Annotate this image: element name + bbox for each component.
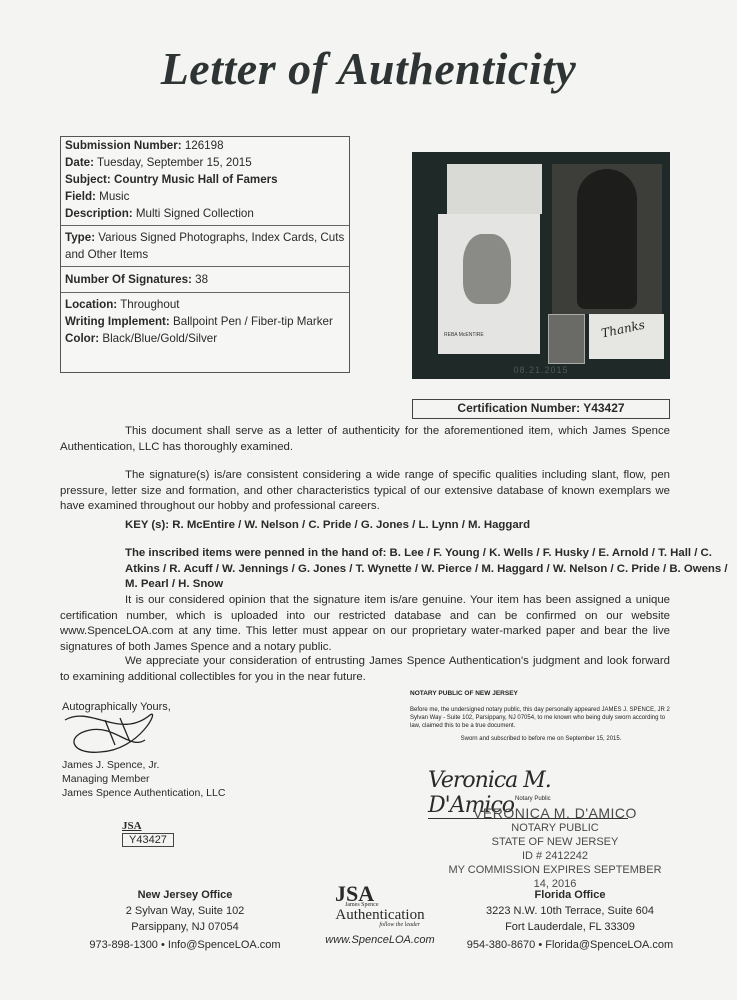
sticker-number: Y43427	[122, 833, 174, 847]
signed-photo-large	[552, 164, 662, 314]
item-photograph: REBA McENTIRE Thanks 08.21.2015	[412, 152, 670, 379]
description-label: Description:	[65, 207, 133, 220]
signer-name: James J. Spence, Jr.	[62, 758, 225, 772]
seal-name: VERONICA M. D'AMICO	[440, 805, 670, 821]
subject-label: Subject:	[65, 173, 111, 186]
color-value: Black/Blue/Gold/Silver	[102, 332, 217, 345]
nj-office-name: New Jersey Office	[80, 887, 290, 903]
nj-contact: 973-898-1300 • Info@SpenceLOA.com	[80, 937, 290, 953]
location-label: Location:	[65, 298, 117, 311]
signed-photo-reba: REBA McENTIRE	[438, 214, 540, 354]
signer-company: James Spence Authentication, LLC	[62, 786, 225, 800]
signed-photo-top	[447, 164, 542, 214]
notary-heading: NOTARY PUBLIC OF NEW JERSEY	[410, 690, 672, 698]
inscribed-signatures: The inscribed items were penned in the h…	[60, 546, 735, 593]
date-value: Tuesday, September 15, 2015	[97, 156, 252, 169]
photo-date-stamp: 08.21.2015	[412, 365, 670, 375]
document-title: Letter of Authenticity	[0, 42, 737, 95]
type-label: Type:	[65, 231, 95, 244]
nj-office: New Jersey Office 2 Sylvan Way, Suite 10…	[80, 887, 290, 953]
fl-address-line2: Fort Lauderdale, FL 33309	[455, 919, 685, 935]
paragraph-appreciation: We appreciate your consideration of entr…	[60, 654, 670, 685]
nj-address-line1: 2 Sylvan Way, Suite 102	[80, 903, 290, 919]
submission-details-box: Submission Number: 126198 Date: Tuesday,…	[60, 136, 350, 373]
key-signatures: KEY (s): R. McEntire / W. Nelson / C. Pr…	[60, 518, 735, 534]
card-signature: Thanks	[600, 318, 646, 341]
logo-authentication: Authentication	[325, 908, 435, 922]
description-value: Multi Signed Collection	[136, 207, 254, 220]
type-value: Various Signed Photographs, Index Cards,…	[65, 231, 344, 261]
signer-block: James J. Spence, Jr. Managing Member Jam…	[62, 758, 225, 800]
nj-address-line2: Parsippany, NJ 07054	[80, 919, 290, 935]
paragraph-opinion: It is our considered opinion that the si…	[60, 593, 670, 655]
website-link[interactable]: www.SpenceLOA.com	[325, 934, 435, 946]
jsa-logo: JSA James Spence Authentication follow t…	[325, 884, 435, 946]
location-value: Throughout	[120, 298, 179, 311]
fl-contact: 954-380-8670 • Florida@SpenceLOA.com	[455, 937, 685, 953]
color-label: Color:	[65, 332, 99, 345]
signed-card-small	[548, 314, 585, 364]
closing-salutation: Autographically Yours,	[62, 700, 171, 714]
notary-section: NOTARY PUBLIC OF NEW JERSEY Before me, t…	[410, 690, 672, 743]
signer-role: Managing Member	[62, 772, 225, 786]
signatures-label: Number Of Signatures:	[65, 273, 192, 286]
field-label: Field:	[65, 190, 96, 203]
notary-seal: VERONICA M. D'AMICO NOTARY PUBLIC STATE …	[440, 805, 670, 891]
paragraph-intro: This document shall serve as a letter of…	[60, 424, 670, 455]
seal-state: STATE OF NEW JERSEY	[440, 835, 670, 849]
implement-label: Writing Implement:	[65, 315, 170, 328]
logo-jsa: JSA	[325, 884, 435, 904]
submission-label: Submission Number:	[65, 139, 182, 152]
implement-value: Ballpoint Pen / Fiber-tip Marker	[173, 315, 333, 328]
paragraph-consistency: The signature(s) is/are consistent consi…	[60, 468, 670, 515]
fl-office-name: Florida Office	[455, 887, 685, 903]
date-label: Date:	[65, 156, 94, 169]
seal-id: ID # 2412242	[440, 849, 670, 863]
signatures-value: 38	[195, 273, 208, 286]
submission-value: 126198	[185, 139, 224, 152]
sticker-label: JSA	[122, 820, 174, 832]
fl-office: Florida Office 3223 N.W. 10th Terrace, S…	[455, 887, 685, 953]
fl-address-line1: 3223 N.W. 10th Terrace, Suite 604	[455, 903, 685, 919]
notary-statement: Before me, the undersigned notary public…	[410, 706, 672, 730]
seal-title: NOTARY PUBLIC	[440, 821, 670, 835]
photo-caption: REBA McENTIRE	[444, 332, 484, 338]
signed-index-card: Thanks	[589, 314, 664, 359]
field-value: Music	[99, 190, 129, 203]
certification-number: Certification Number: Y43427	[412, 399, 670, 419]
jsa-hologram-sticker: JSA Y43427	[122, 820, 174, 847]
notary-sworn: Sworn and subscribed to before me on Sep…	[410, 735, 672, 743]
notary-signature-label: Notary Public	[515, 796, 551, 802]
subject-value: Country Music Hall of Famers	[114, 173, 278, 186]
